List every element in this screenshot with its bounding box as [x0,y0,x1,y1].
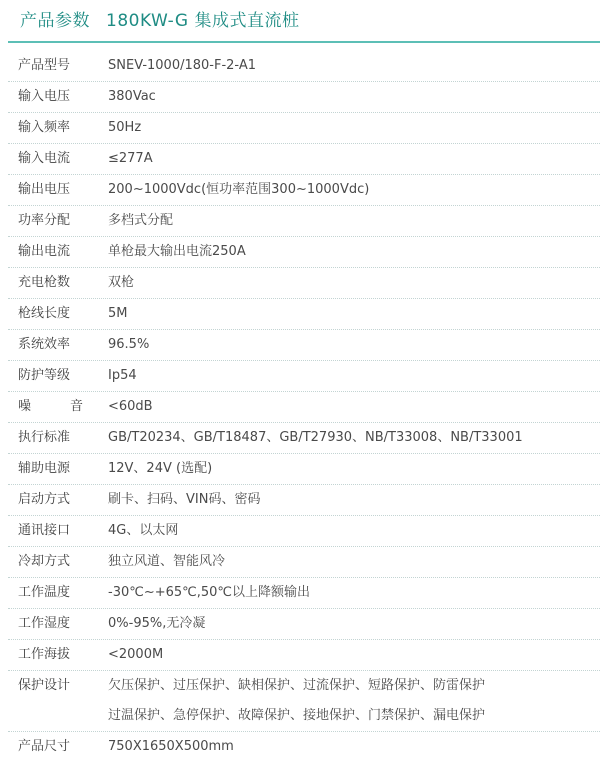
spec-label: 辅助电源 [8,454,108,484]
spec-row-output-voltage: 输出电压 200~1000Vdc(恒功率范围300~1000Vdc) [8,175,600,206]
spec-label: 产品型号 [8,51,108,81]
spec-value: 欠压保护、过压保护、缺相保护、过流保护、短路保护、防雷保护 过温保护、急停保护、… [108,671,485,731]
spec-row-power-distribution: 功率分配 多档式分配 [8,206,600,237]
spec-value: 380Vac [108,82,156,112]
spec-value: 刷卡、扫码、VIN码、密码 [108,485,260,515]
spec-label: 充电枪数 [8,268,108,298]
spec-value: 750X1650X500mm [108,732,234,761]
spec-label: 枪线长度 [8,299,108,329]
spec-value: GB/T20234、GB/T18487、GB/T27930、NB/T33008、… [108,423,523,453]
spec-value: -30℃~+65℃,50℃以上降额输出 [108,578,310,608]
spec-label: 执行标准 [8,423,108,453]
spec-row-cooling: 冷却方式 独立风道、智能风冷 [8,547,600,578]
spec-value: 单枪最大输出电流250A [108,237,246,267]
page-title: 产品参数180KW-G 集成式直流桩 [20,10,299,32]
spec-row-input-voltage: 输入电压 380Vac [8,82,600,113]
spec-value-line: 欠压保护、过压保护、缺相保护、过流保护、短路保护、防雷保护 [108,671,485,701]
spec-value: 4G、以太网 [108,516,178,546]
spec-value: 0%-95%,无冷凝 [108,609,205,639]
spec-label: 防护等级 [8,361,108,391]
spec-label: 工作海拔 [8,640,108,670]
spec-row-aux-power: 辅助电源 12V、24V (选配) [8,454,600,485]
spec-label: 产品尺寸 [8,732,108,761]
spec-value-line: 过温保护、急停保护、故障保护、接地保护、门禁保护、漏电保护 [108,701,485,731]
spec-row-standards: 执行标准 GB/T20234、GB/T18487、GB/T27930、NB/T3… [8,423,600,454]
spec-value: 多档式分配 [108,206,173,236]
header-divider [8,41,600,43]
spec-value: <2000M [108,640,163,670]
spec-row-protection-rating: 防护等级 Ip54 [8,361,600,392]
spec-value: 96.5% [108,330,149,360]
spec-row-communication: 通讯接口 4G、以太网 [8,516,600,547]
spec-row-dimensions: 产品尺寸 750X1650X500mm [8,732,600,761]
spec-row-temperature: 工作温度 -30℃~+65℃,50℃以上降额输出 [8,578,600,609]
spec-row-efficiency: 系统效率 96.5% [8,330,600,361]
spec-label: 噪音 [8,392,108,422]
spec-row-noise: 噪音 <60dB [8,392,600,423]
spec-row-protection-design: 保护设计 欠压保护、过压保护、缺相保护、过流保护、短路保护、防雷保护 过温保护、… [8,671,600,732]
spec-value: ≤277A [108,144,153,174]
spec-value: <60dB [108,392,153,422]
spec-value: 12V、24V (选配) [108,454,212,484]
spec-value: 独立风道、智能风冷 [108,547,225,577]
spec-row-model: 产品型号 SNEV-1000/180-F-2-A1 [8,51,600,82]
spec-value: Ip54 [108,361,137,391]
spec-label: 工作温度 [8,578,108,608]
spec-row-input-frequency: 输入频率 50Hz [8,113,600,144]
spec-label: 工作湿度 [8,609,108,639]
spec-label: 输出电压 [8,175,108,205]
spec-value: SNEV-1000/180-F-2-A1 [108,51,256,81]
product-title: 180KW-G 集成式直流桩 [106,11,299,31]
spec-value: 5M [108,299,128,329]
spec-row-cable-length: 枪线长度 5M [8,299,600,330]
spec-row-gun-count: 充电枪数 双枪 [8,268,600,299]
spec-value: 200~1000Vdc(恒功率范围300~1000Vdc) [108,175,369,205]
section-label: 产品参数 [20,11,90,31]
spec-value: 双枪 [108,268,134,298]
spec-label: 冷却方式 [8,547,108,577]
spec-label: 通讯接口 [8,516,108,546]
spec-value: 50Hz [108,113,141,143]
spec-header: 产品参数180KW-G 集成式直流桩 [0,0,600,42]
spec-table: 产品型号 SNEV-1000/180-F-2-A1 输入电压 380Vac 输入… [8,51,600,761]
spec-label-part-b: 音 [70,399,83,414]
spec-row-altitude: 工作海拔 <2000M [8,640,600,671]
spec-row-output-current: 输出电流 单枪最大输出电流250A [8,237,600,268]
spec-label: 输入频率 [8,113,108,143]
spec-label: 保护设计 [8,671,108,701]
spec-label: 输入电流 [8,144,108,174]
spec-row-humidity: 工作湿度 0%-95%,无冷凝 [8,609,600,640]
spec-label: 输入电压 [8,82,108,112]
spec-row-input-current: 输入电流 ≤277A [8,144,600,175]
spec-row-start-method: 启动方式 刷卡、扫码、VIN码、密码 [8,485,600,516]
spec-label: 输出电流 [8,237,108,267]
spec-label: 启动方式 [8,485,108,515]
spec-label: 功率分配 [8,206,108,236]
spec-label: 系统效率 [8,330,108,360]
spec-label-part-a: 噪 [18,392,70,422]
